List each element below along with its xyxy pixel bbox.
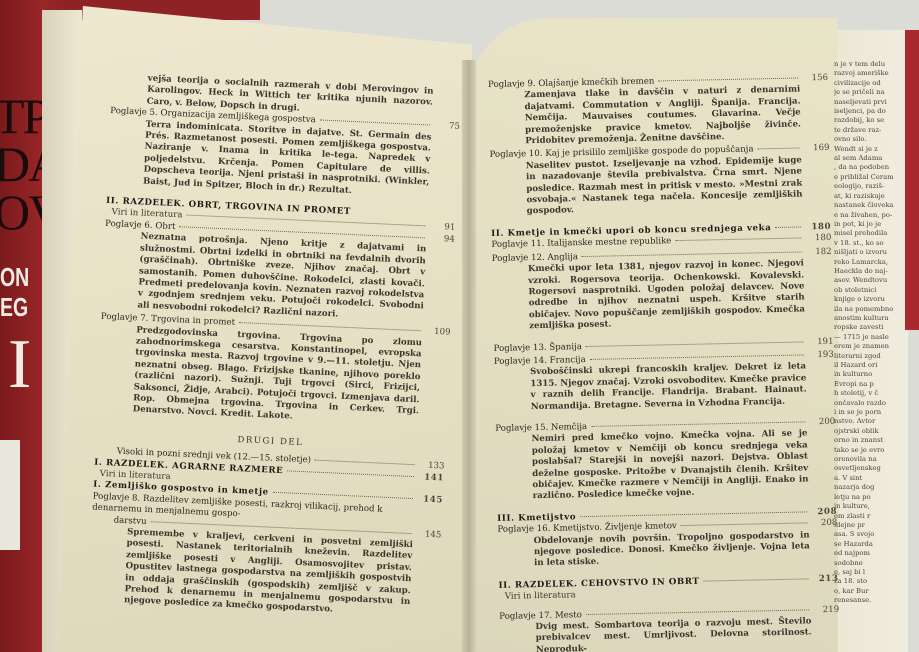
far-page-line: asov. Wendtovu: [834, 276, 906, 285]
chapter-description: Spremembe v kraljevi, cerkveni in posvet…: [88, 526, 441, 622]
chapter-description: Neznatna potrošnja. Njeno kritje z dajat…: [101, 230, 454, 326]
book-gutter: [462, 60, 476, 652]
page-number: 75: [434, 121, 460, 134]
toc-entry-chapter-14: Poglavje 14. Francija 193 Svoboščinski u…: [494, 350, 835, 414]
far-page-line: v 18. st., ko so: [834, 239, 906, 248]
toc-entry-chapter-8: Poglavje 8. Razdelitev zemljiške posesti…: [88, 491, 443, 621]
far-page-line: osvetljenskeg: [834, 464, 906, 473]
far-page-line: — 1715 je nasle: [834, 333, 906, 342]
far-page-line: asa. S svojo: [834, 530, 906, 539]
far-page-line: e približal Ceram: [834, 173, 906, 182]
left-page-toc: vejša teorija o socialnih razmerah v dob…: [88, 72, 462, 623]
far-page-line: nišljati o izvoru: [834, 248, 906, 257]
toc-entry-chapter-6: Poglavje 6. Obrt 94 Neznatna potrošnja. …: [101, 219, 455, 326]
far-page-line: sodobne: [834, 559, 906, 568]
far-page-line: Haeckla do naj-: [834, 267, 906, 276]
far-page-line: eologijo, raziš-: [834, 182, 906, 191]
far-page-line: civilizacije od: [834, 79, 906, 88]
chapter-description: Predzgodovinska trgovina. Trgovina po zl…: [96, 323, 450, 430]
far-page-line: misel prehodila: [834, 229, 906, 238]
far-page-line: iseljenci, pa do: [834, 107, 906, 116]
background-red-book-right: [905, 30, 919, 330]
far-page-line: letju na po: [834, 493, 906, 502]
far-page-line: tako se je evro: [834, 446, 906, 455]
far-page-line: a. V sint: [834, 474, 906, 483]
toc-entry-chapter-7: Poglavje 7. Trgovina in promet 109 Predz…: [96, 312, 450, 430]
cover-subtitle-fragment: ON EG: [0, 262, 29, 322]
toc-entry-chapter-9: Poglavje 9. Olajšanje kmečkih bremen 156…: [488, 73, 829, 149]
far-page-line: je se pričeli na: [834, 88, 906, 97]
far-page-line: erem je znamen: [834, 342, 906, 351]
far-page-line: razvoj ameriške: [834, 69, 906, 78]
far-page-line: at, ki raziskuje: [834, 192, 906, 201]
far-page-line: e, saj bi l: [834, 568, 906, 577]
far-page-line: em zlasti r: [834, 512, 906, 521]
far-page-line: knjige o izvoru: [834, 295, 906, 304]
far-page-line: ropske zavesti: [834, 323, 906, 332]
far-page-line: nstvo. Avtor: [834, 417, 906, 426]
far-page-line: al sem Adama: [834, 154, 906, 163]
far-page-line: idejne pr: [834, 521, 906, 530]
far-page-line: o, kar Bur: [834, 587, 906, 596]
far-page-line: se Hazarda: [834, 540, 906, 549]
far-page-line: nastanek človeka: [834, 201, 906, 210]
far-page-line: e na živahen, po-: [834, 211, 906, 220]
far-page-line: nazarja dog: [834, 483, 906, 492]
far-page-line: in kulturno: [834, 370, 906, 379]
far-page-line: n je v tem delu: [834, 60, 906, 69]
far-page-line: in kulture,: [834, 502, 906, 511]
far-page-line: renesanse.: [834, 596, 906, 605]
far-page-line: il Hazard ori: [834, 361, 906, 370]
far-page-line: , da na podoben: [834, 163, 906, 172]
right-page-toc: Poglavje 9. Olajšanje kmečkih bremen 156…: [488, 73, 840, 652]
far-page-line: ončavalo razdo: [834, 399, 906, 408]
far-page-line: orenovila na: [834, 455, 906, 464]
toc-entry-chapter-17: Poglavje 17. Mesto 219 Dvig mest. Sombar…: [499, 604, 840, 652]
far-page-line: Evropi na p: [834, 380, 906, 389]
far-page-line: literarni zgod: [834, 352, 906, 361]
far-page-line: ovno silo.: [834, 135, 906, 144]
far-page-line: ed najpom: [834, 549, 906, 558]
toc-entry-chapter-15: Poglavje 15. Nemčija 200 Nemiri pred kme…: [495, 417, 837, 504]
far-page-line: anostim kultura: [834, 314, 906, 323]
far-page-text: n je v tem delurazvoj ameriškecivilizaci…: [834, 60, 906, 620]
far-page-line: te države raz-: [834, 126, 906, 135]
far-page-line: in pot, ki jo je: [834, 220, 906, 229]
far-page-line: ila na pomembno: [834, 305, 906, 314]
far-page-line: h stoletij, v č: [834, 389, 906, 398]
chapter-description: Terra indominicata. Storitve in dajatve.…: [107, 118, 460, 202]
cover-volume-numeral: I: [8, 330, 31, 400]
toc-entry-chapter-16: Poglavje 16. Kmetijstvo. Življenje kmeto…: [497, 518, 838, 571]
far-page-line: orno in znanst: [834, 436, 906, 445]
far-page-line: razdobij, ko se: [834, 116, 906, 125]
far-page-line: ojstrski oblik: [834, 427, 906, 436]
cover-label-sticker: [0, 440, 20, 550]
far-page-line: naseljevati prvi: [834, 98, 906, 107]
toc-entry-chapter-12: Poglavje 12. Anglija 182 Kmečki upor let…: [492, 247, 834, 334]
toc-entry-chapter-5: Poglavje 5. Organizacija zemljiškega gos…: [107, 106, 460, 202]
far-page-line: za 18. sto: [834, 577, 906, 586]
far-page-line: Wendt si je z: [834, 145, 906, 154]
far-page-line: i in se je porn: [834, 408, 906, 417]
toc-entry-chapter-10: Poglavje 10. Kaj je prisililo zemljiške …: [489, 143, 830, 219]
far-page-line: ob stoletnici: [834, 286, 906, 295]
far-page-line: reko Lamarcka,: [834, 258, 906, 267]
